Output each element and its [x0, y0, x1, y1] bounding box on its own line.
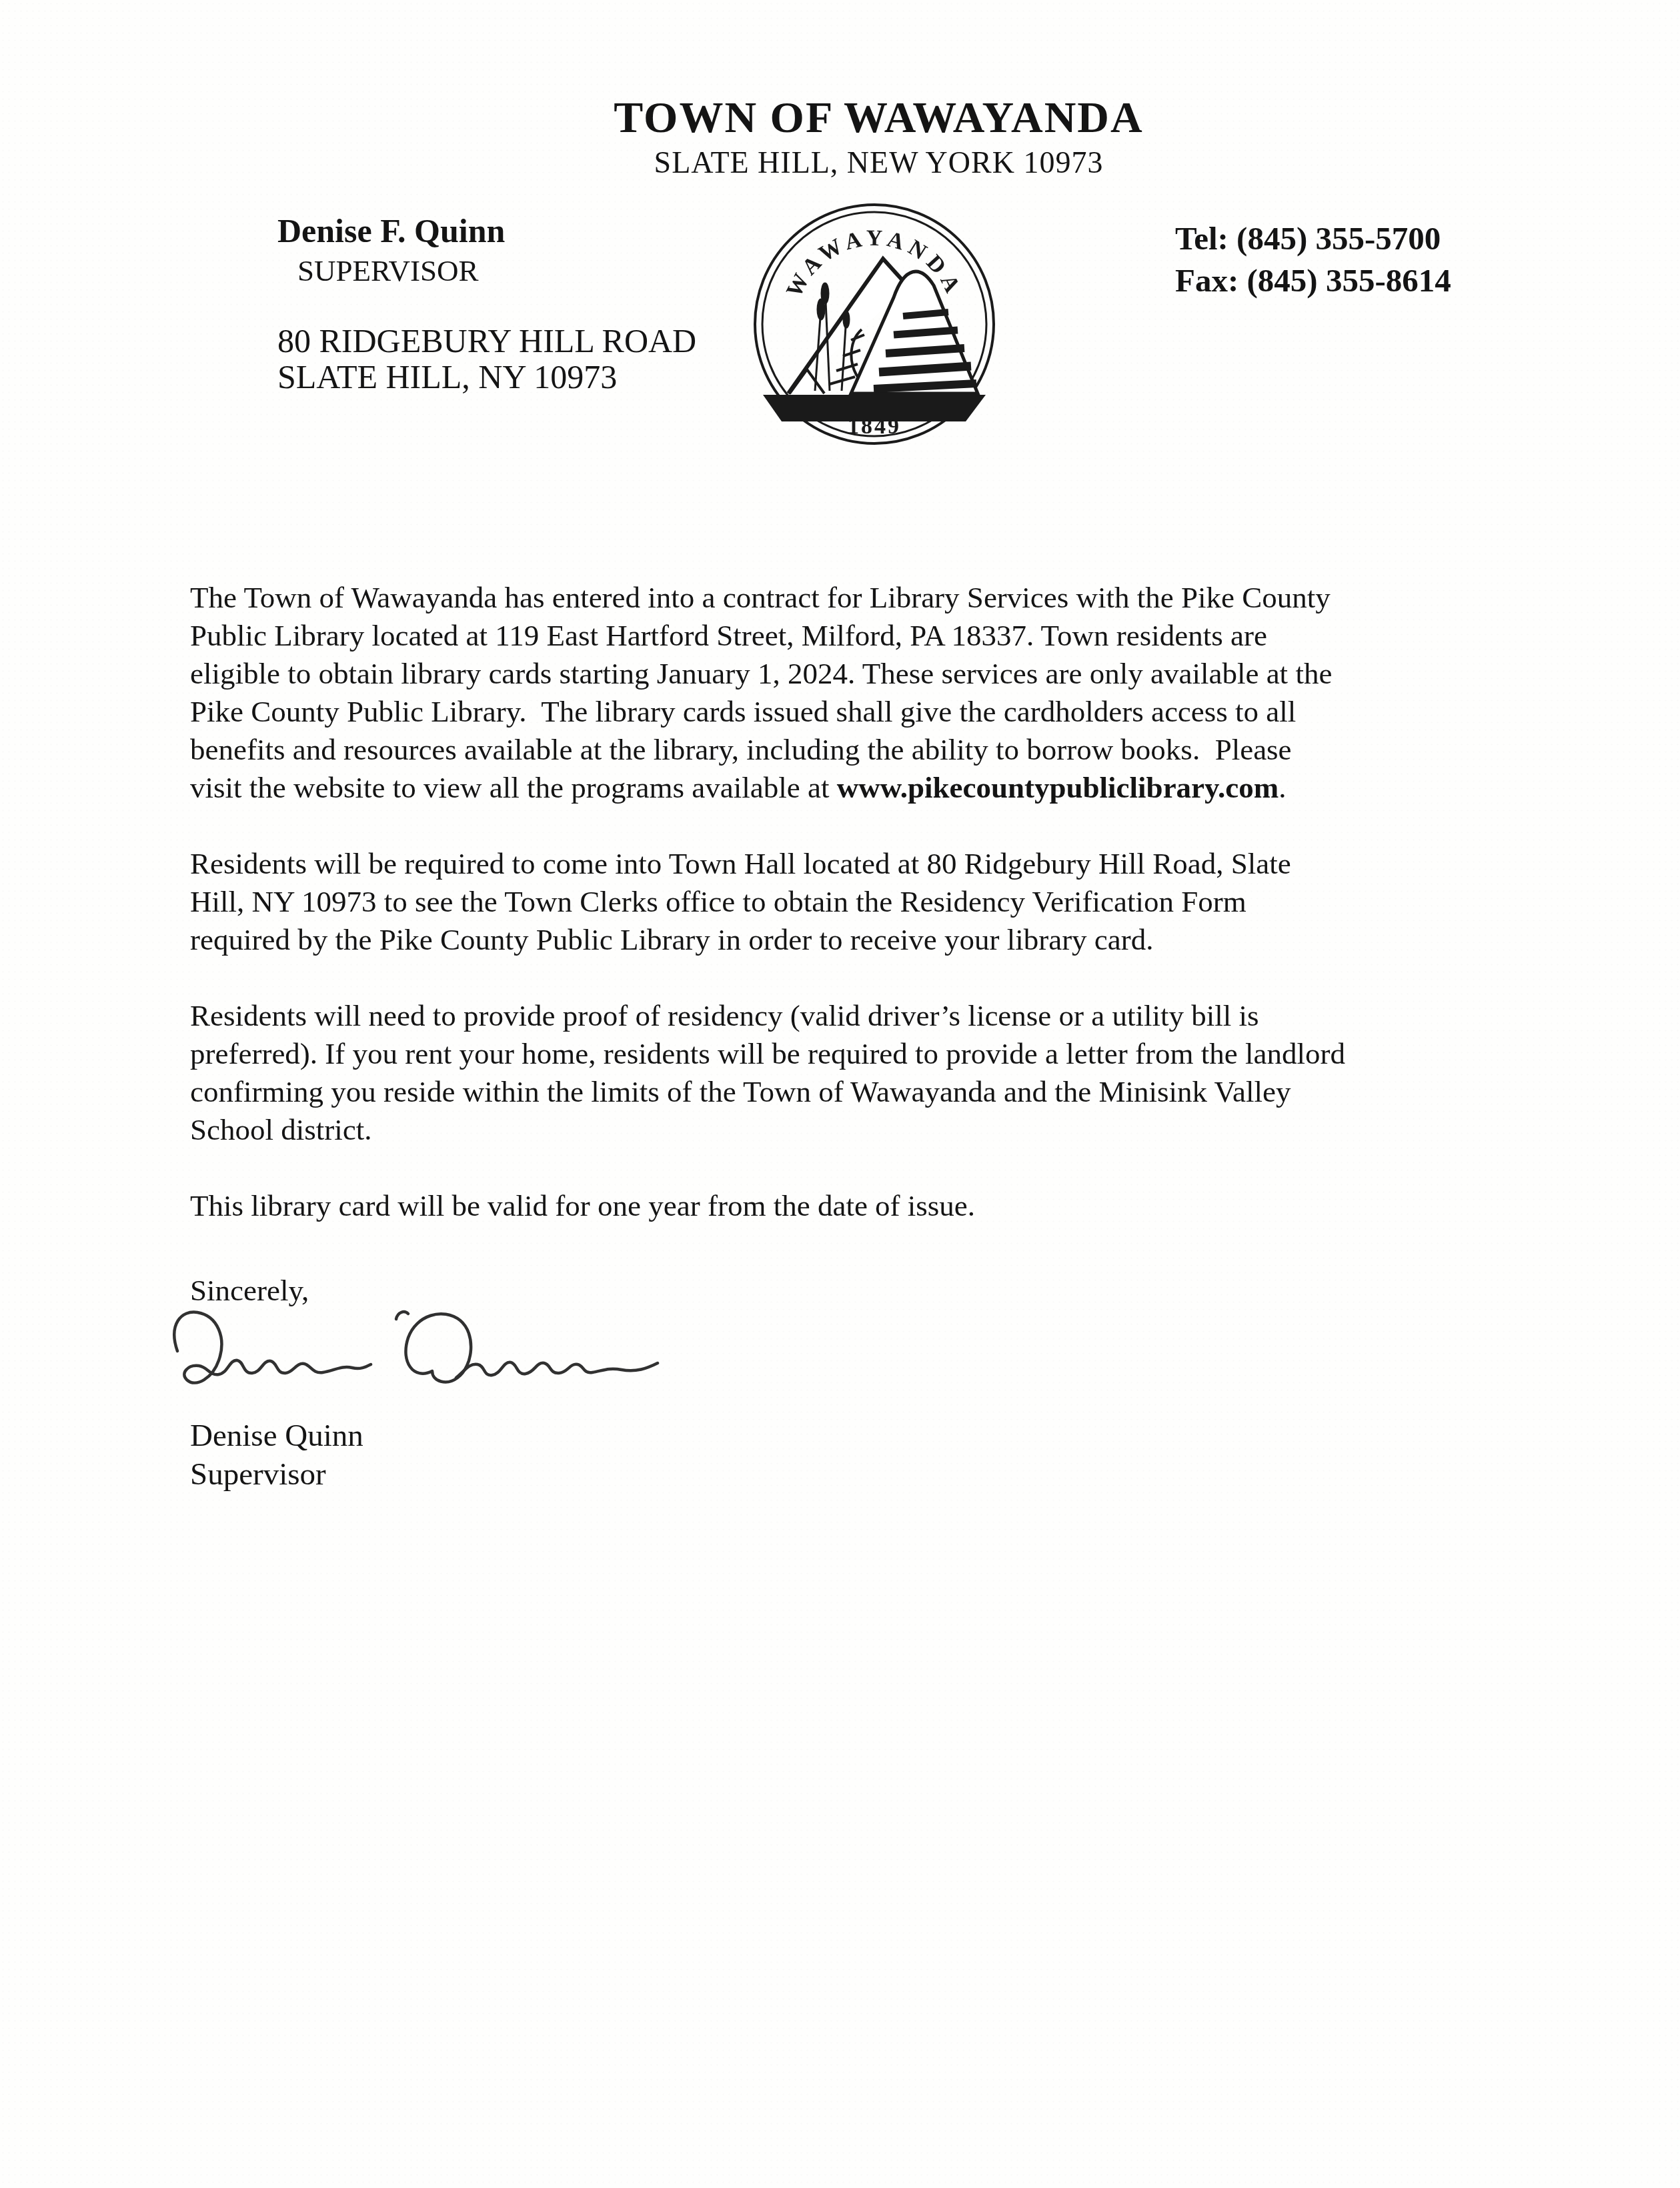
letter-body: The Town of Wawayanda has entered into a…: [190, 579, 1577, 1310]
tel-number: Tel: (845) 355-5700: [1175, 217, 1451, 259]
town-seal-image: WAWAYANDA: [751, 199, 998, 452]
paragraph-town-hall: Residents will be required to come into …: [190, 845, 1577, 959]
contact-block-right: Tel: (845) 355-5700 Fax: (845) 355-8614: [1175, 217, 1451, 301]
address-line: 80 RIDGEBURY HILL ROAD: [277, 323, 696, 359]
text-line: preferred). If you rent your home, resid…: [190, 1035, 1577, 1073]
address-block: 80 RIDGEBURY HILL ROAD SLATE HILL, NY 10…: [277, 323, 696, 395]
official-title: SUPERVISOR: [277, 252, 696, 289]
address-line: SLATE HILL, NY 10973: [277, 359, 696, 395]
text-line: benefits and resources available at the …: [190, 731, 1577, 769]
text-segment: visit the website to view all the progra…: [190, 771, 837, 804]
text-line: The Town of Wawayanda has entered into a…: [190, 579, 1577, 617]
text-line: required by the Pike County Public Libra…: [190, 921, 1577, 959]
text-line: School district.: [190, 1111, 1577, 1149]
text-line: visit the website to view all the progra…: [190, 769, 1577, 807]
signature-image: [165, 1304, 672, 1408]
closing-title: Supervisor: [190, 1455, 363, 1494]
text-line: Public Library located at 119 East Hartf…: [190, 617, 1577, 655]
page-title: TOWN OF WAWAYANDA: [39, 96, 1680, 140]
official-name: Denise F. Quinn: [277, 212, 696, 249]
contact-block-left: Denise F. Quinn SUPERVISOR 80 RIDGEBURY …: [277, 212, 696, 395]
scanned-letter-page: TOWN OF WAWAYANDA SLATE HILL, NEW YORK 1…: [0, 0, 1680, 2188]
text-line: Hill, NY 10973 to see the Town Clerks of…: [190, 883, 1577, 921]
text-segment: .: [1279, 771, 1286, 804]
closing-block: Denise Quinn Supervisor: [190, 1416, 363, 1494]
letterhead-header: TOWN OF WAWAYANDA SLATE HILL, NEW YORK 1…: [39, 96, 1680, 180]
paragraph-library-contract: The Town of Wawayanda has entered into a…: [190, 579, 1577, 807]
text-line: Residents will be required to come into …: [190, 845, 1577, 883]
page-subtitle: SLATE HILL, NEW YORK 10973: [39, 145, 1680, 180]
library-website-url: www.pikecountypubliclibrary.com: [837, 771, 1279, 804]
fax-number: Fax: (845) 355-8614: [1175, 259, 1451, 301]
closing-name: Denise Quinn: [190, 1416, 363, 1455]
text-line: confirming you reside within the limits …: [190, 1073, 1577, 1111]
seal-year: 1849: [848, 414, 901, 439]
paragraph-proof-of-residency: Residents will need to provide proof of …: [190, 997, 1577, 1149]
paragraph-validity: This library card will be valid for one …: [190, 1187, 1577, 1225]
text-line: eligible to obtain library cards startin…: [190, 655, 1577, 693]
text-line: Residents will need to provide proof of …: [190, 997, 1577, 1035]
text-line: Pike County Public Library. The library …: [190, 693, 1577, 731]
text-line: This library card will be valid for one …: [190, 1187, 1577, 1225]
